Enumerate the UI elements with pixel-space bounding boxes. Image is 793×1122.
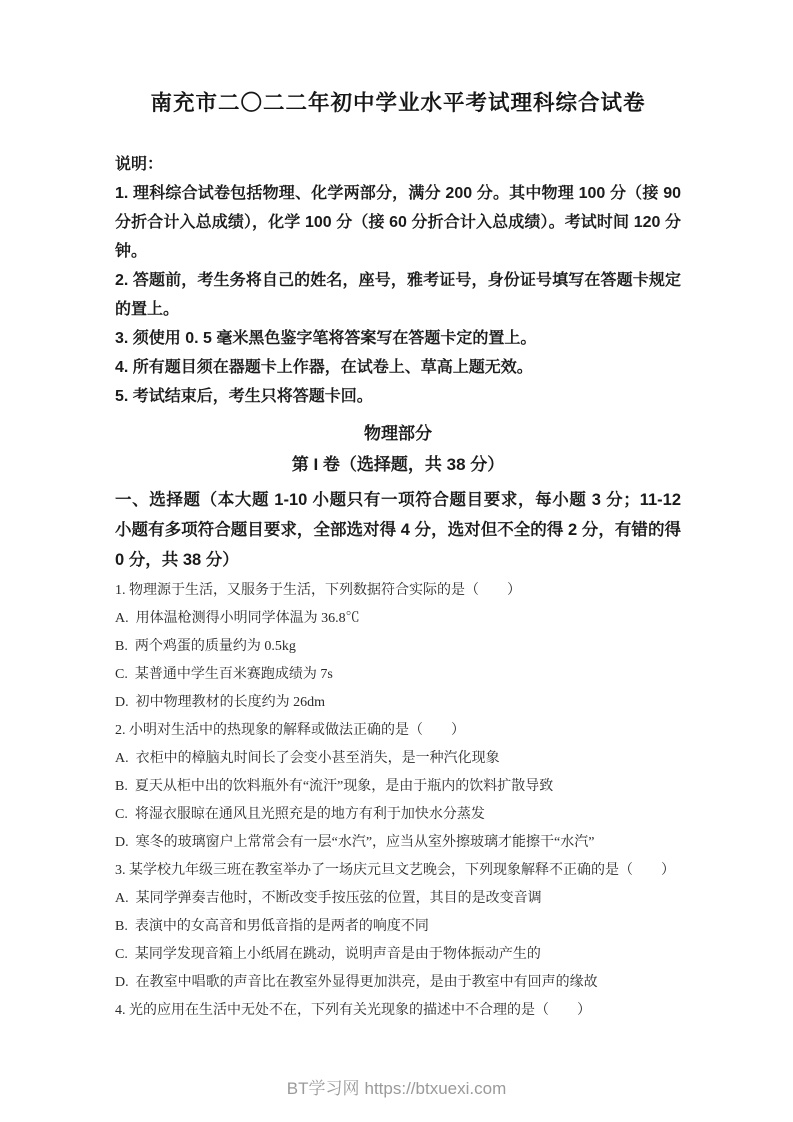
exam-paper-page: 南充市二〇二二年初中学业水平考试理科综合试卷 说明： 1. 理科综合试卷包括物理…: [0, 0, 793, 1122]
instruction-item-4: 4. 所有题目须在器题卡上作器，在试卷上、草高上题无效。: [115, 353, 681, 382]
question-2-option-c: C. 将湿衣服晾在通风且光照充是的地方有利于加快水分蒸发: [115, 801, 681, 829]
instructions-heading: 说明：: [115, 150, 681, 179]
question-1-option-a: A. 用体温枪测得小明同学体温为 36.8℃: [115, 605, 681, 633]
instruction-item-3: 3. 须使用 0. 5 毫米黑色鉴字笔将答案写在答题卡定的置上。: [115, 324, 681, 353]
question-2-option-a: A. 衣柜中的樟脑丸时间长了会变小甚至消失，是一种汽化现象: [115, 745, 681, 773]
volume-heading: 第 I 卷（选择题，共 38 分）: [115, 451, 681, 479]
exam-content: 南充市二〇二二年初中学业水平考试理科综合试卷 说明： 1. 理科综合试卷包括物理…: [115, 0, 681, 1025]
question-3-option-c: C. 某同学发现音箱上小纸屑在跳动，说明声音是由于物体振动产生的: [115, 941, 681, 969]
footer-watermark: BT学习网https://btxuexi.com: [0, 1074, 793, 1099]
question-2-option-b: B. 夏天从柜中出的饮料瓶外有“流汗”现象，是由于瓶内的饮料扩散导致: [115, 773, 681, 801]
question-3-option-a: A. 某同学弹奏吉他时，不断改变手按压弦的位置，其目的是改变音调: [115, 885, 681, 913]
instructions-section: 说明： 1. 理科综合试卷包括物理、化学两部分，满分 200 分。其中物理 10…: [115, 150, 681, 411]
questions-list: 1. 物理源于生活，又服务于生活，下列数据符合实际的是（ ） A. 用体温枪测得…: [115, 577, 681, 1025]
question-3-option-b: B. 表演中的女高音和男低音指的是两者的响度不同: [115, 913, 681, 941]
instruction-item-5: 5. 考试结束后，考生只将答题卡回。: [115, 382, 681, 411]
multiple-choice-section-intro: 一、选择题（本大题 1-10 小题只有一项符合题目要求，每小题 3 分；11-1…: [115, 485, 681, 575]
question-4-stem: 4. 光的应用在生活中无处不在，下列有关光现象的描述中不合理的是（ ）: [115, 997, 681, 1025]
part-heading-physics: 物理部分: [115, 420, 681, 448]
question-3-option-d: D. 在教室中唱歌的声音比在教室外显得更加洪亮，是由于教室中有回声的缘故: [115, 969, 681, 997]
question-1-option-d: D. 初中物理教材的长度约为 26dm: [115, 689, 681, 717]
question-1-option-c: C. 某普通中学生百米赛跑成绩为 7s: [115, 661, 681, 689]
instruction-item-2: 2. 答题前，考生务将自己的姓名，座号，雅考证号，身份证号填写在答题卡规定的置上…: [115, 266, 681, 324]
question-2-option-d: D. 寒冬的玻璃窗户上常常会有一层“水汽”，应当从室外擦玻璃才能擦干“水汽”: [115, 829, 681, 857]
footer-site-name: BT学习网: [287, 1079, 360, 1098]
instruction-item-1: 1. 理科综合试卷包括物理、化学两部分，满分 200 分。其中物理 100 分（…: [115, 179, 681, 266]
footer-site-link[interactable]: https://btxuexi.com: [365, 1079, 507, 1098]
question-1-stem: 1. 物理源于生活，又服务于生活，下列数据符合实际的是（ ）: [115, 577, 681, 605]
page-title: 南充市二〇二二年初中学业水平考试理科综合试卷: [115, 86, 681, 120]
question-1-option-b: B. 两个鸡蛋的质量约为 0.5kg: [115, 633, 681, 661]
question-2-stem: 2. 小明对生活中的热现象的解释或做法正确的是（ ）: [115, 717, 681, 745]
question-3-stem: 3. 某学校九年级三班在教室举办了一场庆元旦文艺晚会，下列现象解释不正确的是（ …: [115, 857, 681, 885]
